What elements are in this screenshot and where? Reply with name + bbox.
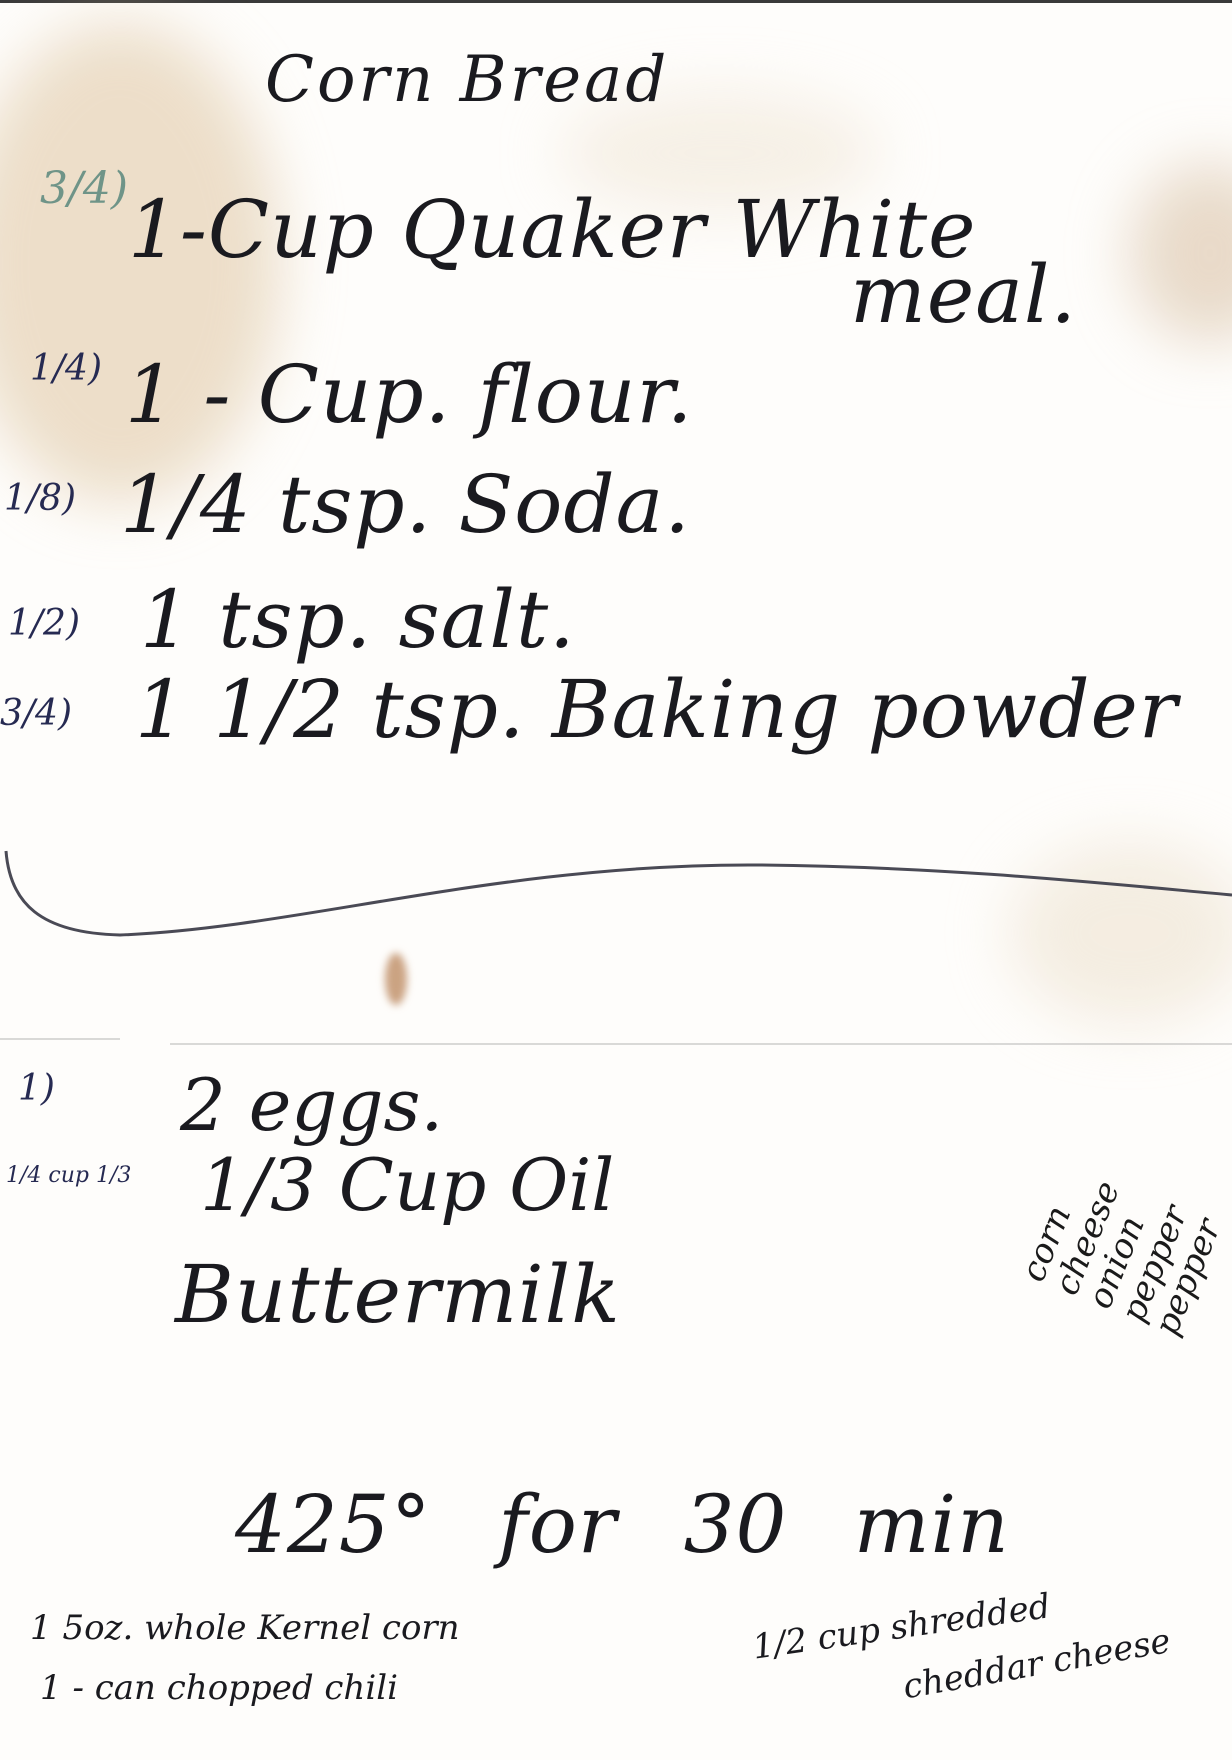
side-note: corn cheese onion pepper pepper [1015, 1088, 1232, 1341]
ingredient-line: 2 eggs. [180, 1063, 443, 1147]
margin-note: 1/4 cup 1/3 [6, 1163, 131, 1188]
divider-curve [0, 843, 1232, 963]
ingredient-line: 1 tsp. salt. [140, 573, 576, 666]
baking-instructions: 425° for 30 min [235, 1478, 1010, 1571]
ingredient-line: 1/4 tsp. Soda. [120, 458, 691, 551]
ingredient-continuation: meal. [850, 248, 1077, 341]
ingredient-line: Buttermilk [175, 1248, 621, 1341]
margin-note: 3/4) [40, 163, 128, 214]
margin-note: 3/4) [0, 693, 72, 734]
paper-fold-line [170, 1043, 1232, 1045]
paper-fold-line [0, 1038, 120, 1040]
margin-note: 1) [18, 1068, 55, 1109]
ingredient-line: 1/3 Cup Oil [200, 1143, 614, 1227]
margin-note: 1/4) [30, 348, 102, 389]
ingredient-line: 1 1/2 tsp. Baking powder [135, 663, 1178, 756]
addition-line: 1 - can chopped chili [40, 1668, 398, 1708]
margin-note: 1/8) [4, 478, 76, 519]
recipe-title: Corn Bread [265, 43, 669, 117]
ingredient-line: 1 - Cup. flour. [125, 348, 693, 441]
paper-stain [1130, 163, 1232, 343]
addition-line: 1 5oz. whole Kernel corn [30, 1608, 460, 1648]
margin-note: 1/2) [8, 603, 80, 644]
recipe-card: Corn Bread 3/4) 1-Cup Quaker White meal.… [0, 0, 1232, 1760]
